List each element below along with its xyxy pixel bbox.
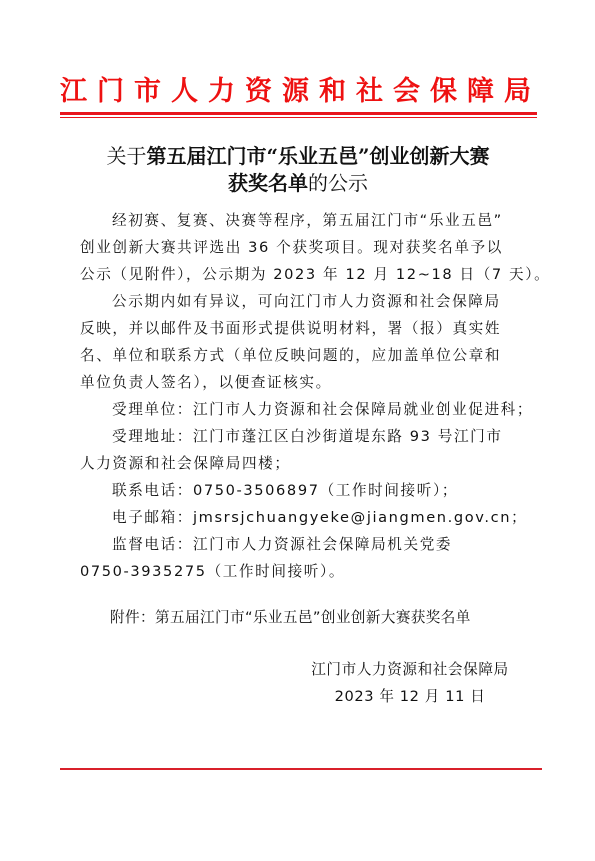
contact-phone-value: 0750-3506897（工作时间接听）；	[193, 482, 458, 499]
title-bold-line2: 获奖名单	[228, 171, 308, 195]
contact-email-label: 电子邮箱：	[112, 509, 193, 526]
contact-unit-label: 受理单位：	[112, 401, 193, 418]
footer-rule	[60, 768, 542, 770]
paragraph-line: 名、单位和联系方式（单位反映问题的，应加盖单位公章和	[80, 342, 520, 369]
paragraph-objection: 公示期内如有异议，可向江门市人力资源和社会保障局 反映，并以邮件及书面形式提供说…	[80, 288, 520, 396]
contact-supervision: 监督电话：江门市人力资源社会保障局机关党委 0750-3935275（工作时间接…	[80, 531, 520, 585]
document-title: 关于第五届江门市“乐业五邑”创业创新大赛 获奖名单的公示	[60, 143, 536, 197]
contact-phone-label: 联系电话：	[112, 482, 193, 499]
signature-organization: 江门市人力资源和社会保障局	[290, 656, 530, 683]
title-line-2: 获奖名单的公示	[60, 170, 536, 197]
attachment-title: 第五届江门市“乐业五邑”创业创新大赛获奖名单	[155, 609, 471, 626]
title-line-1: 关于第五届江门市“乐业五邑”创业创新大赛	[60, 143, 536, 170]
contact-supervision-label: 监督电话：	[112, 536, 193, 553]
paragraph-line: 反映，并以邮件及书面形式提供说明材料，署（报）真实姓	[80, 315, 520, 342]
contact-unit: 受理单位：江门市人力资源和社会保障局就业创业促进科；	[80, 396, 520, 423]
contact-email-value[interactable]: jmsrsjchuangyeke@jiangmen.gov.cn；	[193, 509, 527, 526]
paragraph-process: 经初赛、复赛、决赛等程序，第五届江门市“乐业五邑” 创业创新大赛共评选出 36 …	[80, 207, 520, 288]
contact-unit-value: 江门市人力资源和社会保障局就业创业促进科；	[193, 401, 533, 418]
document-body: 经初赛、复赛、决赛等程序，第五届江门市“乐业五邑” 创业创新大赛共评选出 36 …	[80, 207, 520, 585]
attachment-label: 附件：	[110, 609, 155, 626]
attachment-note: 附件：第五届江门市“乐业五邑”创业创新大赛获奖名单	[110, 604, 471, 631]
contact-phone: 联系电话：0750-3506897（工作时间接听）；	[80, 477, 520, 504]
contact-address: 受理地址：江门市蓬江区白沙街道堤东路 93 号江门市 人力资源和社会保障局四楼；	[80, 423, 520, 477]
paragraph-line: 公示期内如有异议，可向江门市人力资源和社会保障局	[80, 288, 520, 315]
title-bold-line1: 第五届江门市“乐业五邑”创业创新大赛	[146, 144, 489, 168]
contact-address-label: 受理地址：	[112, 428, 193, 445]
document-page: 江门市人力资源和社会保障局 关于第五届江门市“乐业五邑”创业创新大赛 获奖名单的…	[0, 0, 595, 861]
contact-email: 电子邮箱：jmsrsjchuangyeke@jiangmen.gov.cn；	[80, 504, 520, 531]
paragraph-line: 创业创新大赛共评选出 36 个获奖项目。现对获奖名单予以	[80, 234, 520, 261]
paragraph-line: 单位负责人签名），以便查证核实。	[80, 369, 520, 396]
title-prefix: 关于	[106, 144, 146, 168]
header-double-rule	[60, 112, 537, 119]
organization-header: 江门市人力资源和社会保障局	[60, 74, 536, 110]
contact-address-value-1: 江门市蓬江区白沙街道堤东路 93 号江门市	[193, 428, 503, 445]
contact-supervision-value-2: 0750-3935275（工作时间接听）。	[80, 558, 520, 585]
contact-supervision-value-1: 江门市人力资源社会保障局机关党委	[193, 536, 452, 553]
title-suffix: 的公示	[308, 171, 368, 195]
signature-date: 2023 年 12 月 11 日	[290, 683, 530, 710]
signature-block: 江门市人力资源和社会保障局 2023 年 12 月 11 日	[290, 656, 530, 710]
header-rule-thin	[60, 117, 537, 118]
paragraph-line: 公示（见附件），公示期为 2023 年 12 月 12~18 日（7 天）。	[80, 261, 520, 288]
header-rule-thick	[60, 112, 537, 115]
paragraph-line: 经初赛、复赛、决赛等程序，第五届江门市“乐业五邑”	[80, 207, 520, 234]
contact-address-value-2: 人力资源和社会保障局四楼；	[80, 450, 520, 477]
